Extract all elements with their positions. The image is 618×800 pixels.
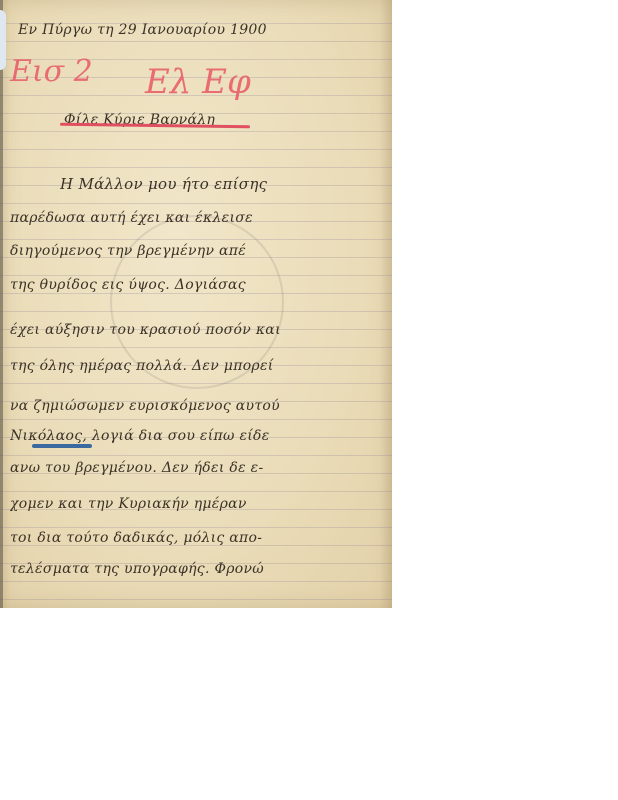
red-annotation-left: Εισ 2 — [10, 54, 93, 89]
body-line: της όλης ημέρας πολλά. Δεν μπορεί — [10, 358, 382, 374]
body-line: διηγούμενος την βρεγμένην απέ — [10, 243, 382, 259]
body-line: τελέσματα της υπογραφής. Φρονώ — [10, 561, 382, 577]
body-line: τοι δια τούτο δαδικάς, μόλις απο- — [10, 530, 382, 546]
body-line: χομεν και την Κυριακήν ημέραν — [10, 496, 382, 512]
red-annotation-right: Ελ Εφ — [145, 62, 251, 102]
blue-underline — [32, 444, 92, 448]
body-line: της θυρίδος εις ύψος. Δογιάσας — [10, 277, 382, 293]
body-line: ανω του βρεγμένου. Δεν ήδει δε ε- — [10, 460, 382, 476]
paper-edge — [0, 0, 3, 608]
body-line: έχει αύξησιν του κρασιού ποσόν και — [10, 322, 382, 338]
letter-page: Εν Πύργω τη 29 Ιανουαρίου 1900 Εισ 2 Ελ … — [0, 0, 392, 608]
letter-date-line: Εν Πύργω τη 29 Ιανουαρίου 1900 — [18, 22, 390, 38]
body-line: παρέδωσα αυτή έχει και έκλεισε — [10, 210, 382, 226]
body-line: Η Μάλλον μου ήτο επίσης — [60, 175, 432, 193]
body-line: Νικόλαος, λογιά δια σου είπω είδε — [10, 428, 382, 444]
body-line: να ζημιώσωμεν ευρισκόμενος αυτού — [10, 398, 382, 414]
